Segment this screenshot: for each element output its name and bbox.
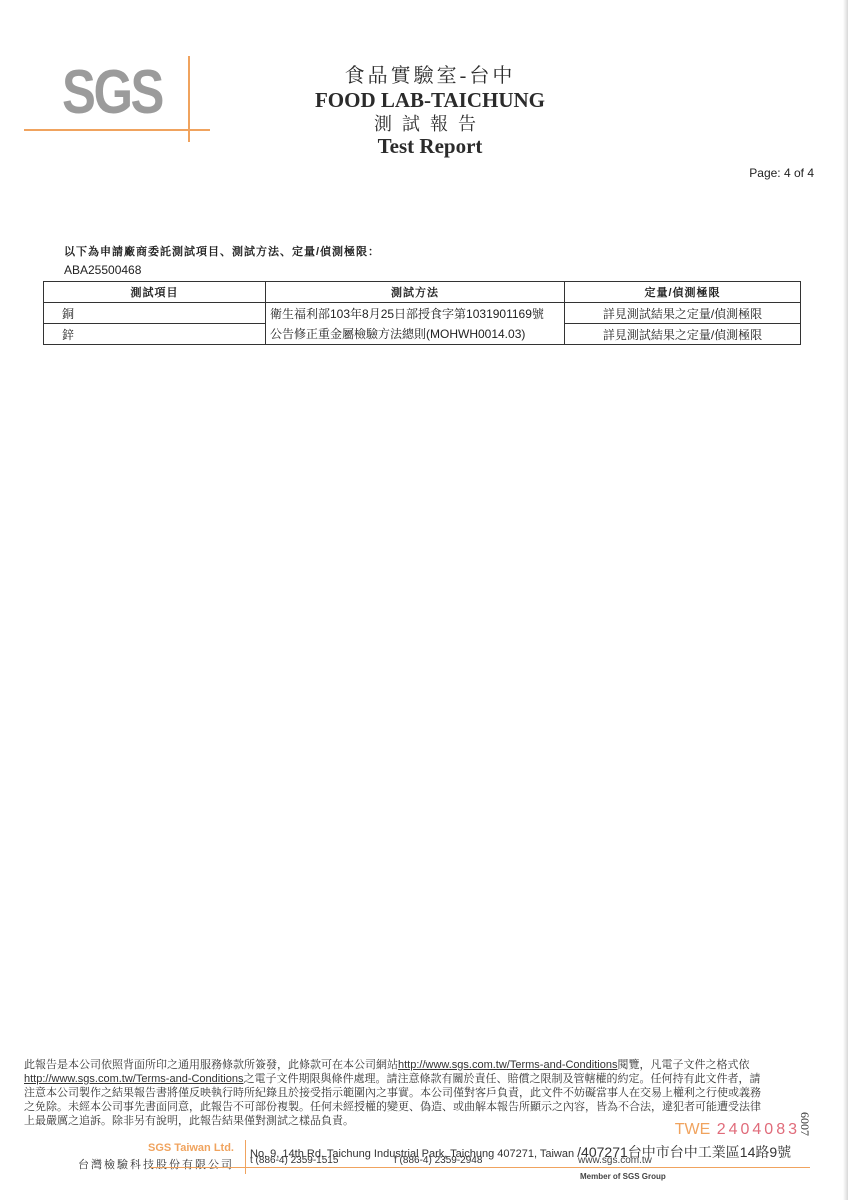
footer-vertical-divider [245, 1140, 246, 1174]
table-row: 銅 衛生福利部103年8月25日部授食字第1031901169號 公告修正重金屬… [44, 303, 801, 324]
limit-cell: 詳見測試結果之定量/偵測極限 [565, 324, 801, 345]
header-test-item: 測試項目 [44, 282, 266, 303]
disclaimer-line-2: http://www.sgs.com.tw/Terms-and-Conditio… [24, 1072, 804, 1086]
logo-text: SGS [62, 62, 162, 124]
terms-link[interactable]: http://www.sgs.com.tw/Terms-and-Conditio… [24, 1073, 243, 1085]
footer-horizontal-divider [150, 1167, 810, 1168]
company-name-en: SGS Taiwan Ltd. [148, 1142, 234, 1154]
header-title-cn: 食品實驗室-台中 [270, 59, 590, 88]
disclaimer-line-1: 此報告是本公司依照背面所印之通用服務條款所簽發，此條款可在本公司網站http:/… [24, 1058, 804, 1072]
serial-prefix: TWE [675, 1121, 711, 1138]
disclaimer-line-3: 注意本公司製作之結果報告書將僅反映執行時所紀錄且於接受指示範圍內之事實。本公司僅… [24, 1086, 804, 1100]
website-link[interactable]: www.sgs.com.tw [578, 1155, 652, 1166]
table-header-row: 測試項目 測試方法 定量/偵測極限 [44, 282, 801, 303]
logo-vertical-line [188, 56, 190, 142]
disclaimer-text: 之電子文件期限與條件處理。請注意條款有關於責任、賠償之限制及管轄權的約定。任何持… [243, 1073, 760, 1085]
header-subtitle-cn: 測試報告 [270, 110, 590, 136]
side-code: 6007 [797, 1112, 812, 1136]
test-item-cell: 銅 [44, 303, 266, 324]
company-name-cn: 台灣檢驗科技股份有限公司 [78, 1156, 234, 1172]
phone-number: t (886-4) 2359-1515 [250, 1155, 338, 1166]
disclaimer-line-4: 之免除。未經本公司事先書面同意，此報告不可部份複製。任何未經授權的變更、偽造、或… [24, 1100, 804, 1114]
fax-number: f (886-4) 2359-2948 [394, 1155, 482, 1166]
header-subtitle-en: Test Report [270, 134, 590, 159]
report-number: ABA25500468 [64, 263, 141, 277]
document-serial: TWE 2404083 [675, 1121, 800, 1139]
disclaimer-text: 閱覽，凡電子文件之格式依 [617, 1059, 749, 1071]
page-number: Page: 4 of 4 [749, 166, 814, 180]
test-item-cell: 鋅 [44, 324, 266, 345]
terms-link[interactable]: http://www.sgs.com.tw/Terms-and-Conditio… [398, 1059, 617, 1071]
header-test-method: 測試方法 [266, 282, 565, 303]
serial-number: 2404083 [717, 1121, 800, 1138]
member-text: Member of SGS Group [580, 1172, 666, 1181]
intro-text: 以下為申請廠商委託測試項目、測試方法、定量/偵測極限： [64, 243, 380, 259]
scan-edge [843, 0, 848, 1200]
logo-horizontal-line [24, 129, 210, 131]
test-method-line-2: 公告修正重金屬檢驗方法總則(MOHWH0014.03) [270, 324, 558, 344]
disclaimer-text: 此報告是本公司依照背面所印之通用服務條款所簽發，此條款可在本公司網站 [24, 1059, 398, 1071]
test-method-line-1: 衛生福利部103年8月25日部授食字第1031901169號 [270, 304, 558, 324]
disclaimer: 此報告是本公司依照背面所印之通用服務條款所簽發，此條款可在本公司網站http:/… [24, 1058, 804, 1128]
sgs-logo: SGS [24, 56, 224, 146]
test-methods-table: 測試項目 測試方法 定量/偵測極限 銅 衛生福利部103年8月25日部授食字第1… [43, 281, 801, 345]
limit-cell: 詳見測試結果之定量/偵測極限 [565, 303, 801, 324]
test-method-cell: 衛生福利部103年8月25日部授食字第1031901169號 公告修正重金屬檢驗… [266, 303, 565, 345]
header-limit: 定量/偵測極限 [565, 282, 801, 303]
